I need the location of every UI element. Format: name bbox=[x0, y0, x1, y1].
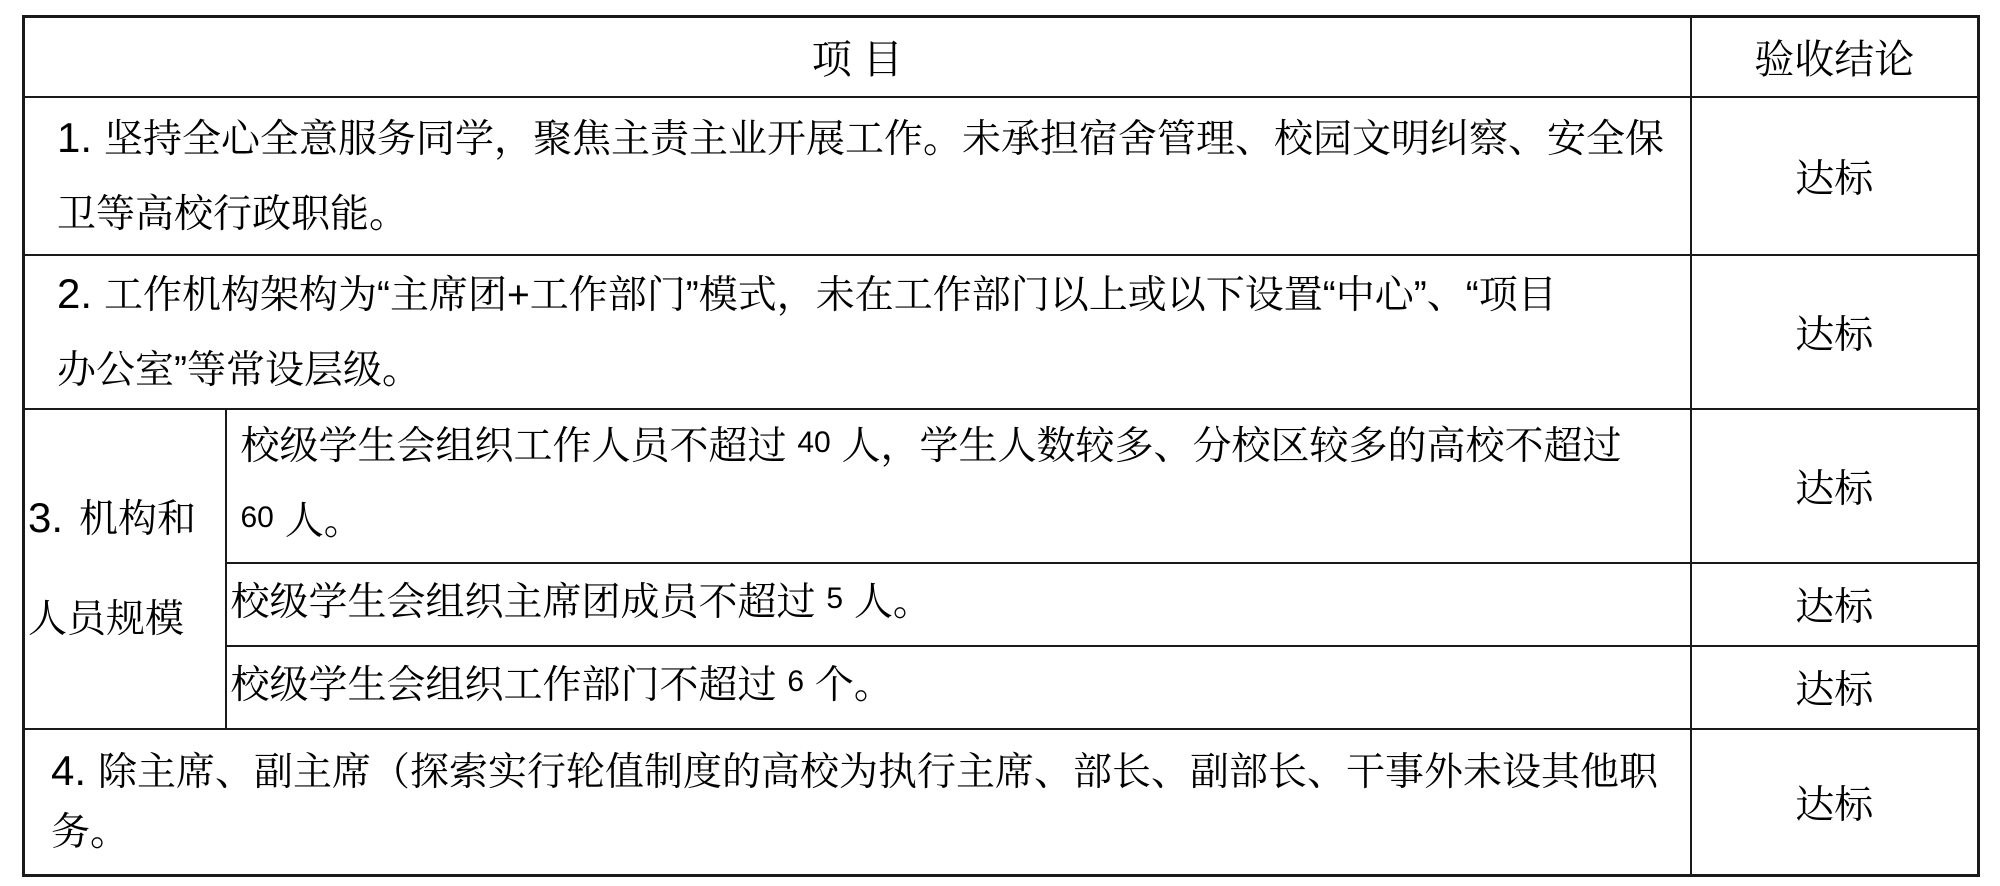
item-3-sub-2-cell: 校级学生会组织主席团成员不超过 5 人。 bbox=[226, 563, 1691, 646]
item-4-line: 4.除主席、副主席（探索实行轮值制度的高校为执行主席、部长、副部长、干事外未设其… bbox=[51, 741, 1678, 863]
item-3-sub-2-text-1: 校级学生会组织主席团成员不超过 bbox=[231, 581, 827, 624]
item-3-sub-1-line-2: 60 人。 bbox=[241, 486, 1682, 561]
item-4-text: 除主席、副主席（探索实行轮值制度的高校为执行主席、部长、副部长、干事外未设其他职… bbox=[51, 751, 1658, 854]
item-3-sub-3-line: 校级学生会组织工作部门不超过 6 个。 bbox=[231, 650, 1682, 725]
item-3-sub-1-text-3: 人。 bbox=[274, 500, 363, 543]
table-row-item-4: 4.除主席、副主席（探索实行轮值制度的高校为执行主席、部长、副部长、干事外未设其… bbox=[24, 729, 1979, 876]
item-3-sub-1-conclusion: 达标 bbox=[1691, 409, 1979, 563]
item-3-label-line-2: 人员规模 bbox=[28, 570, 223, 670]
item-3-label-line-1: 3.机构和 bbox=[28, 468, 223, 570]
item-3-sub-2-number-5: 5 bbox=[826, 582, 843, 615]
item-4-cell: 4.除主席、副主席（探索实行轮值制度的高校为执行主席、部长、副部长、干事外未设其… bbox=[24, 729, 1691, 876]
table-row-item-3-sub-2: 校级学生会组织主席团成员不超过 5 人。 达标 bbox=[24, 563, 1979, 646]
table-row-item-3-sub-1: 3.机构和 人员规模 校级学生会组织工作人员不超过 40 人，学生人数较多、分校… bbox=[24, 409, 1979, 563]
item-1-text-line-2: 卫等高校行政职能。 bbox=[57, 177, 1678, 252]
item-3-group-label-cell: 3.机构和 人员规模 bbox=[24, 409, 226, 729]
header-row: 项 目 验收结论 bbox=[24, 17, 1979, 97]
item-4-number: 4. bbox=[51, 747, 86, 794]
table-row-item-3-sub-3: 校级学生会组织工作部门不超过 6 个。 达标 bbox=[24, 646, 1979, 729]
item-4-conclusion: 达标 bbox=[1691, 729, 1979, 876]
item-3-sub-1-number-40: 40 bbox=[797, 426, 830, 459]
item-1-cell: 1.坚持全心全意服务同学，聚焦主责主业开展工作。未承担宿舍管理、校园文明纠察、安… bbox=[24, 97, 1691, 255]
acceptance-review-table: 项 目 验收结论 1.坚持全心全意服务同学，聚焦主责主业开展工作。未承担宿舍管理… bbox=[22, 15, 1980, 877]
document-page: 项 目 验收结论 1.坚持全心全意服务同学，聚焦主责主业开展工作。未承担宿舍管理… bbox=[0, 0, 2000, 886]
item-3-label-text-1: 机构和 bbox=[79, 498, 196, 541]
item-1-line-1: 1.坚持全心全意服务同学，聚焦主责主业开展工作。未承担宿舍管理、校园文明纠察、安… bbox=[57, 100, 1678, 177]
item-3-sub-1-text-2: 人，学生人数较多、分校区较多的高校不超过 bbox=[831, 425, 1622, 468]
item-3-sub-3-text-2: 个。 bbox=[804, 664, 893, 707]
item-3-sub-1-number-60: 60 bbox=[241, 501, 274, 534]
column-header-item: 项 目 bbox=[24, 17, 1691, 97]
item-3-sub-1-text-1: 校级学生会组织工作人员不超过 bbox=[241, 425, 798, 468]
item-3-sub-3-text-1: 校级学生会组织工作部门不超过 bbox=[231, 664, 788, 707]
item-3-sub-3-number-6: 6 bbox=[787, 665, 804, 698]
item-3-sub-1-cell: 校级学生会组织工作人员不超过 40 人，学生人数较多、分校区较多的高校不超过 6… bbox=[226, 409, 1691, 563]
item-2-text-line-2: 办公室”等常设层级。 bbox=[57, 333, 1678, 408]
table-row-item-1: 1.坚持全心全意服务同学，聚焦主责主业开展工作。未承担宿舍管理、校园文明纠察、安… bbox=[24, 97, 1979, 255]
item-3-sub-2-conclusion: 达标 bbox=[1691, 563, 1979, 646]
item-2-line-1: 2.工作机构架构为“主席团+工作部门”模式，未在工作部门以上或以下设置“中心”、… bbox=[57, 256, 1678, 333]
column-header-conclusion: 验收结论 bbox=[1691, 17, 1979, 97]
item-3-sub-3-conclusion: 达标 bbox=[1691, 646, 1979, 729]
item-2-cell: 2.工作机构架构为“主席团+工作部门”模式，未在工作部门以上或以下设置“中心”、… bbox=[24, 255, 1691, 409]
table-row-item-2: 2.工作机构架构为“主席团+工作部门”模式，未在工作部门以上或以下设置“中心”、… bbox=[24, 255, 1979, 409]
item-3-sub-1-line-1: 校级学生会组织工作人员不超过 40 人，学生人数较多、分校区较多的高校不超过 bbox=[241, 411, 1682, 486]
item-3-number: 3. bbox=[28, 494, 63, 541]
item-1-text-line-1: 坚持全心全意服务同学，聚焦主责主业开展工作。未承担宿舍管理、校园文明纠察、安全保 bbox=[104, 118, 1664, 161]
item-2-number: 2. bbox=[57, 270, 92, 317]
item-3-sub-2-line: 校级学生会组织主席团成员不超过 5 人。 bbox=[231, 567, 1682, 642]
item-1-conclusion: 达标 bbox=[1691, 97, 1979, 255]
item-3-sub-2-text-2: 人。 bbox=[843, 581, 932, 624]
item-2-conclusion: 达标 bbox=[1691, 255, 1979, 409]
item-1-number: 1. bbox=[57, 114, 92, 161]
item-3-sub-3-cell: 校级学生会组织工作部门不超过 6 个。 bbox=[226, 646, 1691, 729]
item-2-text-line-1: 工作机构架构为“主席团+工作部门”模式，未在工作部门以上或以下设置“中心”、“项… bbox=[104, 274, 1557, 317]
